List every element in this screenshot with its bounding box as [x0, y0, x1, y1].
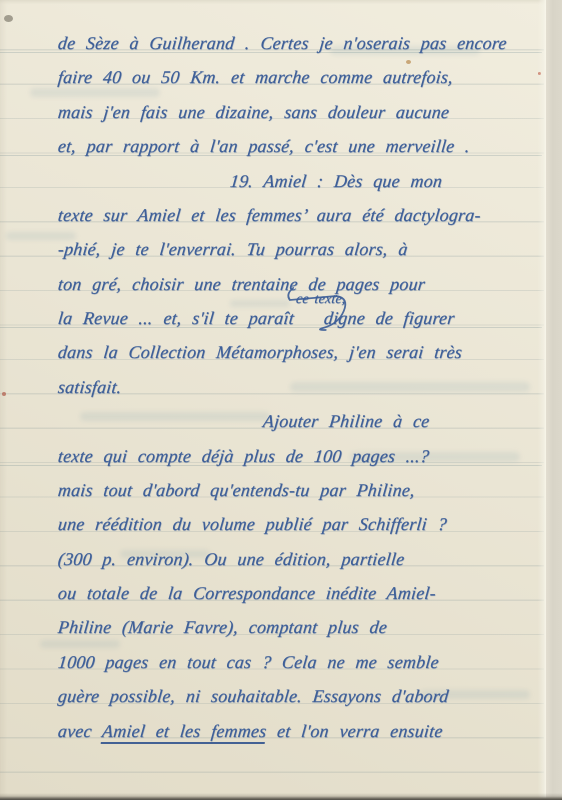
handwritten-line: de Sèze à Guilherand . Certes je n'osera…: [56, 26, 540, 60]
insertion-note: ce texte,: [294, 283, 347, 317]
handwritten-line-paragraph-19: 19. Amiel : Dès que mon: [56, 164, 540, 198]
handwritten-line: texte qui compte déjà plus de 100 pages …: [56, 439, 540, 473]
handwritten-line: (300 p. environ). Ou une édition, partie…: [56, 542, 540, 576]
handwritten-line-with-underline: avec Amiel et les femmes et l'on verra e…: [56, 714, 540, 748]
handwritten-line: une réédition du volume publié par Schif…: [56, 507, 540, 541]
handwritten-line: ou totale de la Correspondance inédite A…: [56, 576, 540, 610]
letter-text: de Sèze à Guilherand . Certes je n'osera…: [58, 26, 538, 748]
paper-sheet: de Sèze à Guilherand . Certes je n'osera…: [0, 0, 546, 800]
handwritten-line: dans la Collection Métamorphoses, j'en s…: [56, 335, 540, 369]
paper-stain: [4, 15, 13, 22]
insertion-anchor: ce texte,: [293, 306, 325, 324]
line-text-before-insertion: la Revue ... et, s'il te paraît: [57, 308, 295, 328]
handwritten-line: Ajouter Philine à ce: [56, 404, 540, 438]
handwritten-line: faire 40 ou 50 Km. et marche comme autre…: [56, 60, 540, 94]
handwritten-line: mais j'en fais une dizaine, sans douleur…: [56, 95, 540, 129]
handwritten-line: guère possible, ni souhaitable. Essayons…: [56, 679, 540, 713]
handwritten-line: mais tout d'abord qu'entends-tu par Phil…: [56, 473, 540, 507]
scan-backdrop: [545, 0, 562, 800]
handwritten-line: 1000 pages en tout cas ? Cela ne me semb…: [56, 645, 540, 679]
handwritten-line: texte sur Amiel et les femmes’ aura été …: [56, 198, 540, 232]
line-text: avec: [57, 721, 103, 741]
paper-stain: [2, 392, 6, 396]
line-text: et l'on verra ensuite: [265, 721, 443, 741]
handwritten-line: satisfait.: [56, 370, 540, 404]
handwritten-line-with-insertion: la Revue ... et, s'il te paraîtce texte,…: [56, 301, 540, 335]
paper-bottom-edge: [0, 793, 562, 800]
scanned-letter-page: de Sèze à Guilherand . Certes je n'osera…: [0, 0, 562, 800]
underlined-phrase: Amiel et les femmes: [101, 721, 268, 744]
handwritten-line: et, par rapport à l'an passé, c'est une …: [56, 129, 540, 163]
handwritten-line: Philine (Marie Favre), comptant plus de: [56, 610, 540, 644]
handwritten-line: -phié, je te l'enverrai. Tu pourras alor…: [56, 232, 540, 266]
